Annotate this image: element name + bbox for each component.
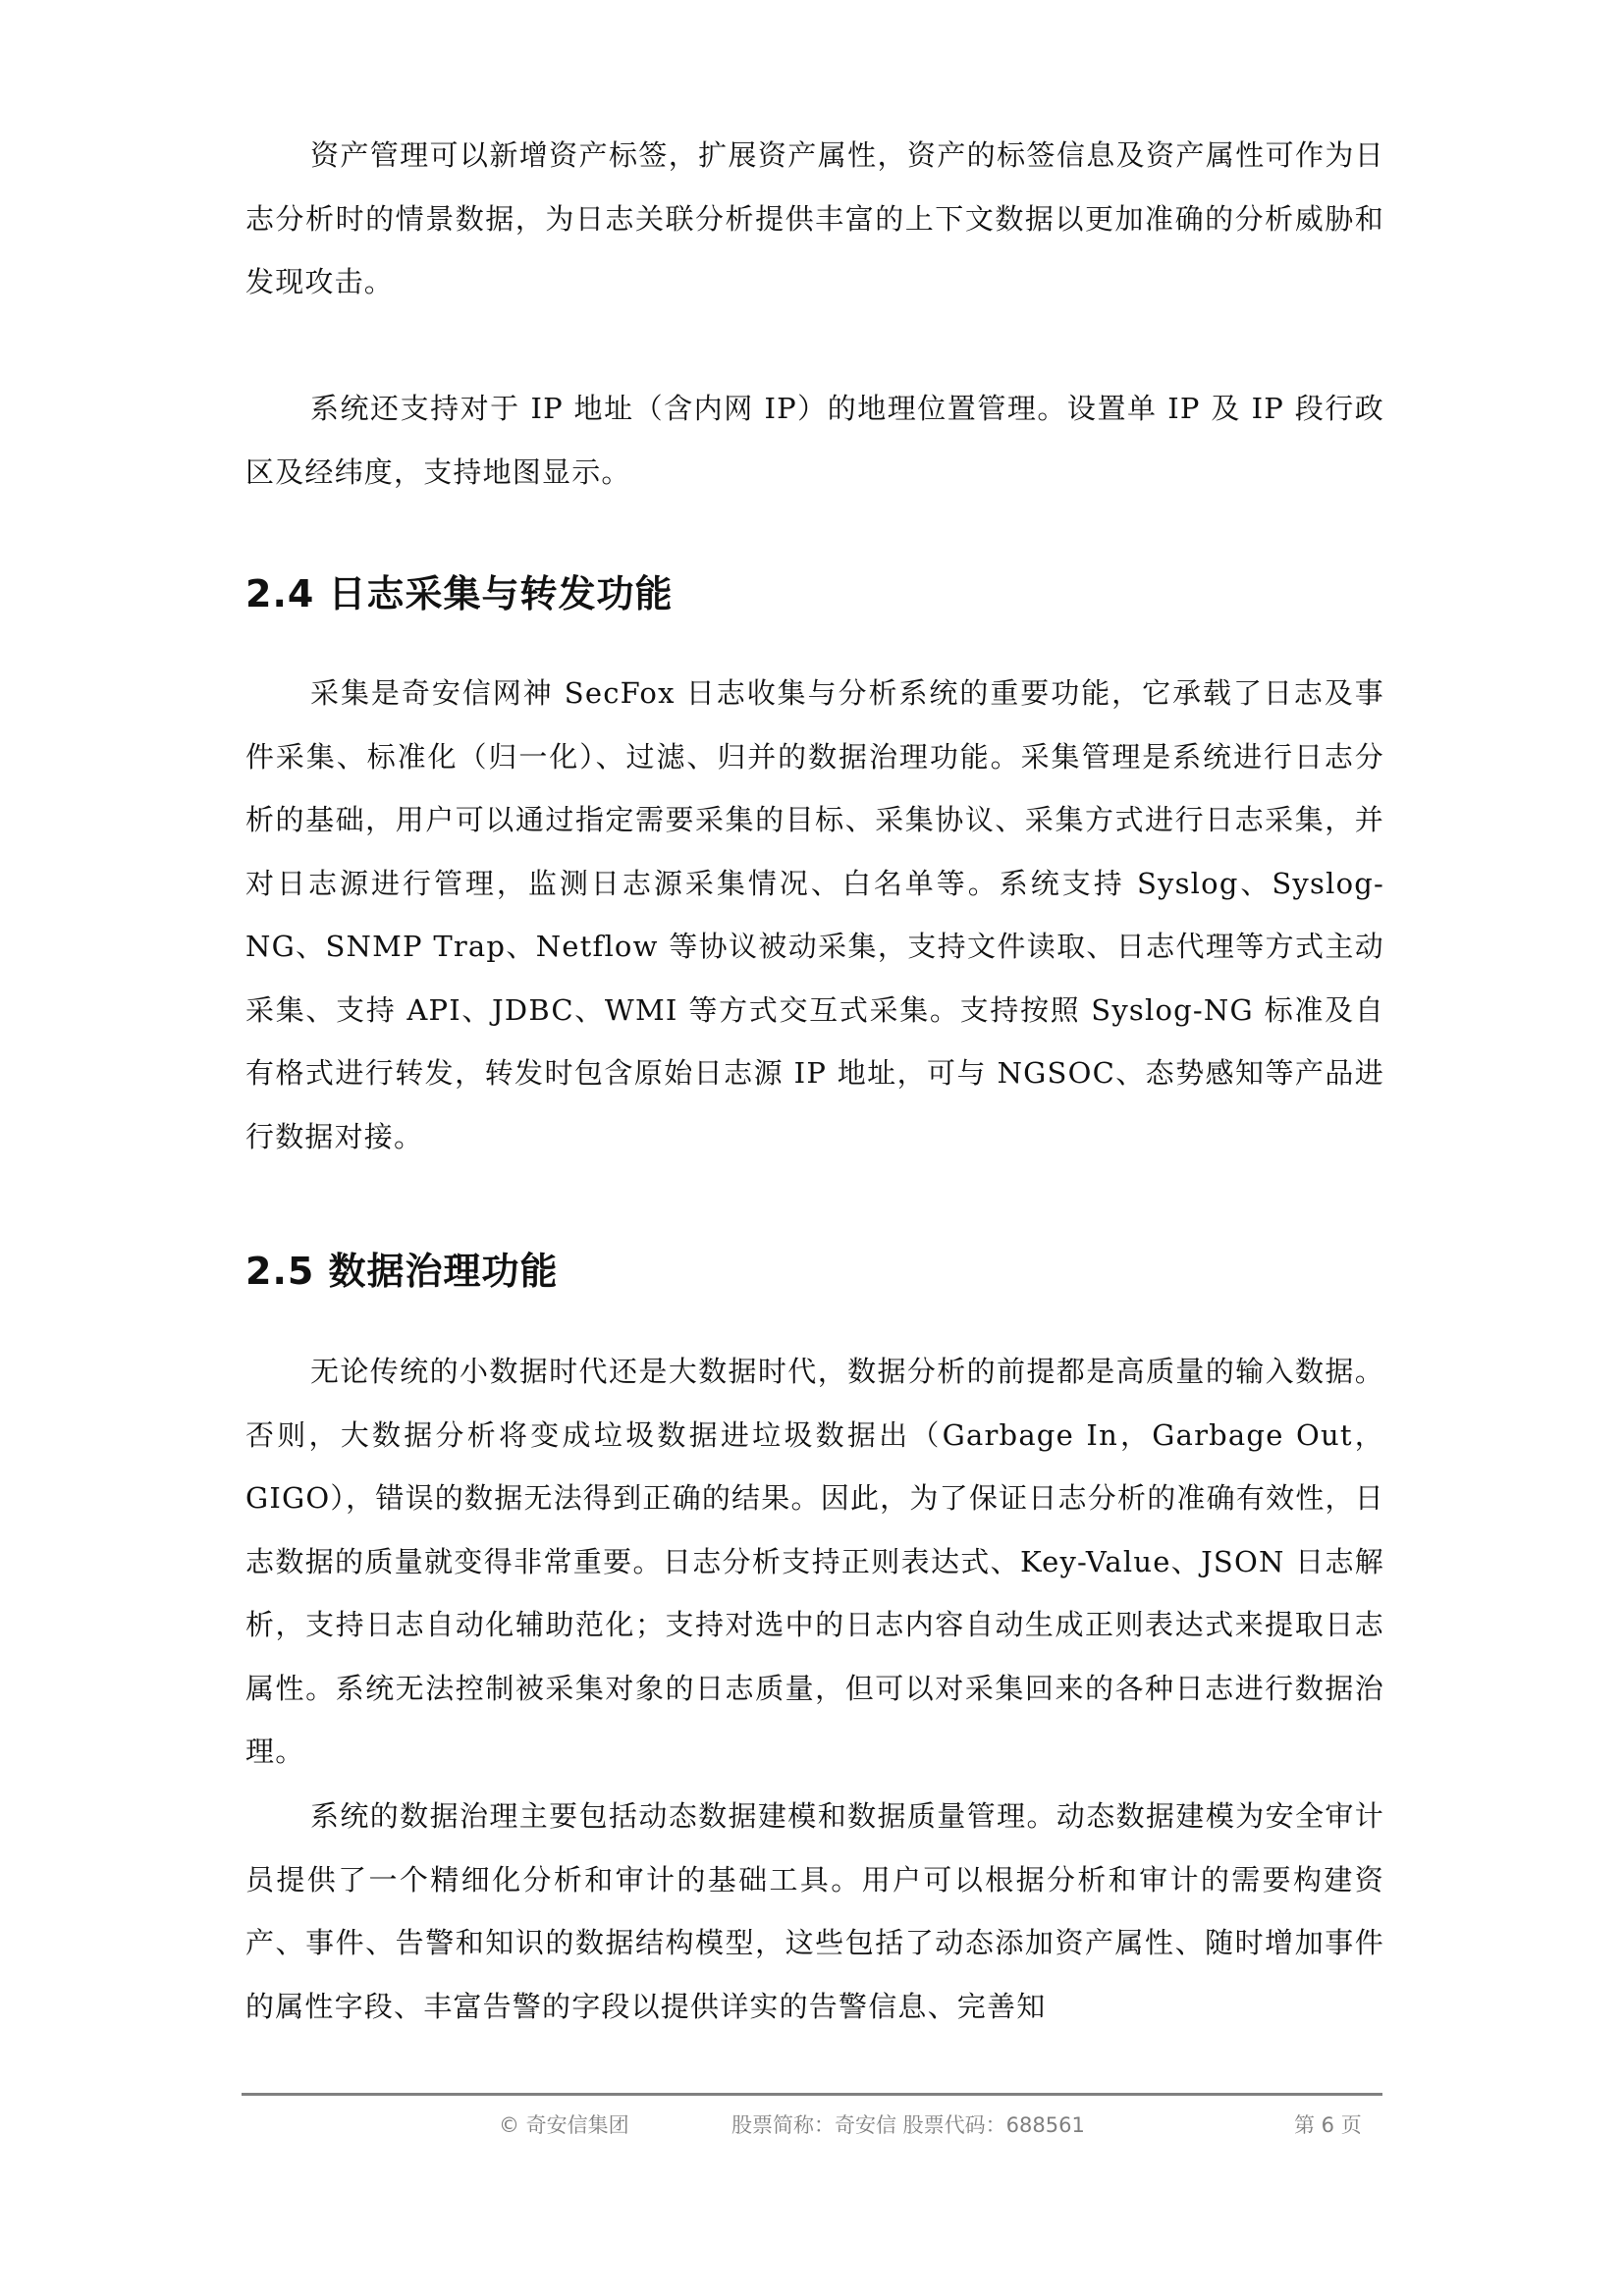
paragraph-asset-management: 资产管理可以新增资产标签，扩展资产属性，资产的标签信息及资产属性可作为日志分析时… (245, 124, 1384, 314)
paragraph-data-governance: 系统的数据治理主要包括动态数据建模和数据质量管理。动态数据建模为安全审计员提供了… (245, 1785, 1384, 2038)
footer-page-number: 第 6 页 (1294, 2110, 1362, 2140)
footer-copyright: © 奇安信集团 (499, 2110, 629, 2140)
footer-stock-info: 股票简称：奇安信 股票代码：688561 (731, 2110, 1085, 2140)
footer-divider (242, 2093, 1382, 2096)
paragraph-ip-geolocation: 系统还支持对于 IP 地址（含内网 IP）的地理位置管理。设置单 IP 及 IP… (245, 377, 1384, 504)
heading-2-5: 2.5 数据治理功能 (245, 1247, 559, 1296)
paragraph-log-collection: 采集是奇安信网神 SecFox 日志收集与分析系统的重要功能，它承载了日志及事件… (245, 662, 1384, 1168)
heading-2-4: 2.4 日志采集与转发功能 (245, 569, 674, 618)
paragraph-data-quality: 无论传统的小数据时代还是大数据时代，数据分析的前提都是高质量的输入数据。否则，大… (245, 1340, 1384, 1784)
